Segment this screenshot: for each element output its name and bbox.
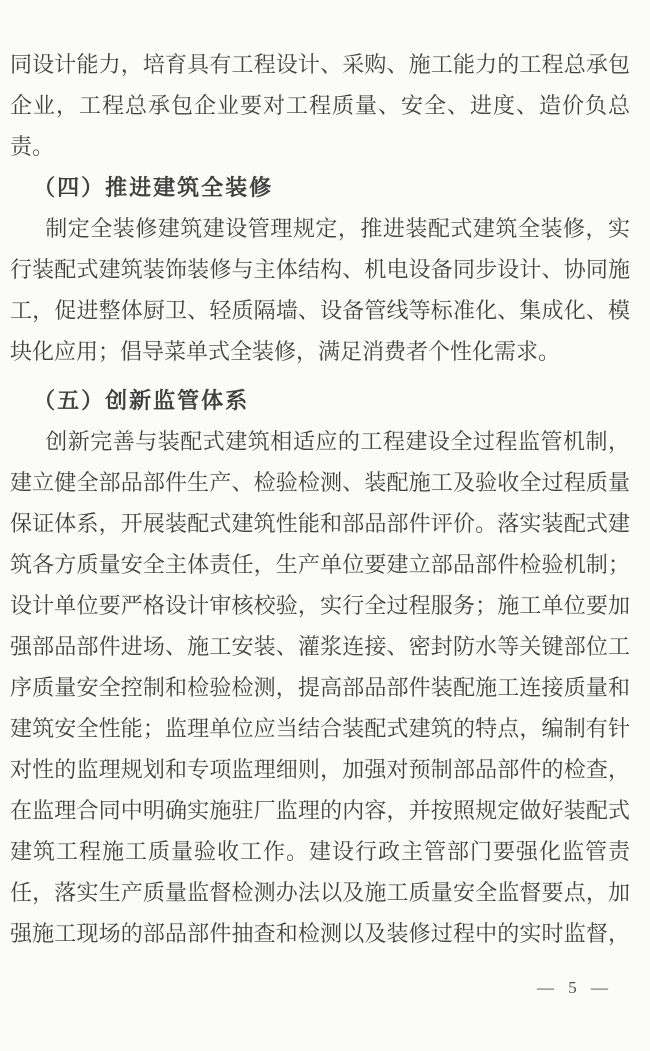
text-line: 建筑工程施工质量验收工作。建设行政主管部门要强化监管责 — [10, 831, 630, 872]
text-line: 保证体系，开展装配式建筑性能和部品部件评价。落实装配式建 — [10, 503, 630, 544]
text-line: 企业，工程总承包企业要对工程质量、安全、进度、造价负总 — [10, 85, 630, 126]
text-line: 序质量安全控制和检验检测，提高部品部件装配施工连接质量和 — [10, 667, 630, 708]
text-line: 筑各方质量安全主体责任，生产单位要建立部品部件检验机制； — [10, 544, 630, 585]
section-heading: （四）推进建筑全装修 — [10, 167, 630, 208]
text-line: 任，落实生产质量监督检测办法以及施工质量安全监督要点，加 — [10, 872, 630, 913]
section-heading: （五）创新监管体系 — [10, 380, 630, 421]
text-line: 对性的监理规划和专项监理细则，加强对预制部品部件的检查， — [10, 749, 630, 790]
text-line: 强部品部件进场、施工安装、灌浆连接、密封防水等关键部位工 — [10, 626, 630, 667]
text-line: 建筑安全性能；监理单位应当结合装配式建筑的特点，编制有针 — [10, 708, 630, 749]
text-line: 制定全装修建筑建设管理规定，推进装配式建筑全装修，实 — [10, 208, 630, 249]
text-line: 同设计能力，培育具有工程设计、采购、施工能力的工程总承包 — [10, 44, 630, 85]
document-page: 同设计能力，培育具有工程设计、采购、施工能力的工程总承包企业，工程总承包企业要对… — [0, 0, 650, 1051]
text-line: 设计单位要严格设计审核校验，实行全过程服务；施工单位要加 — [10, 585, 630, 626]
text-line: 行装配式建筑装饰装修与主体结构、机电设备同步设计、协同施 — [10, 249, 630, 290]
text-line: 在监理合同中明确实施驻厂监理的内容，并按照规定做好装配式 — [10, 790, 630, 831]
page-number: — 5 — — [537, 976, 613, 1000]
text-line: 责。 — [10, 126, 630, 167]
text-line: 块化应用；倡导菜单式全装修，满足消费者个性化需求。 — [10, 331, 630, 372]
document-body: 同设计能力，培育具有工程设计、采购、施工能力的工程总承包企业，工程总承包企业要对… — [10, 44, 630, 954]
text-line: 建立健全部品部件生产、检验检测、装配施工及验收全过程质量 — [10, 462, 630, 503]
text-line: 强施工现场的部品部件抽查和检测以及装修过程中的实时监督， — [10, 913, 630, 954]
text-line: 工，促进整体厨卫、轻质隔墙、设备管线等标准化、集成化、模 — [10, 290, 630, 331]
text-line: 创新完善与装配式建筑相适应的工程建设全过程监管机制， — [10, 421, 630, 462]
